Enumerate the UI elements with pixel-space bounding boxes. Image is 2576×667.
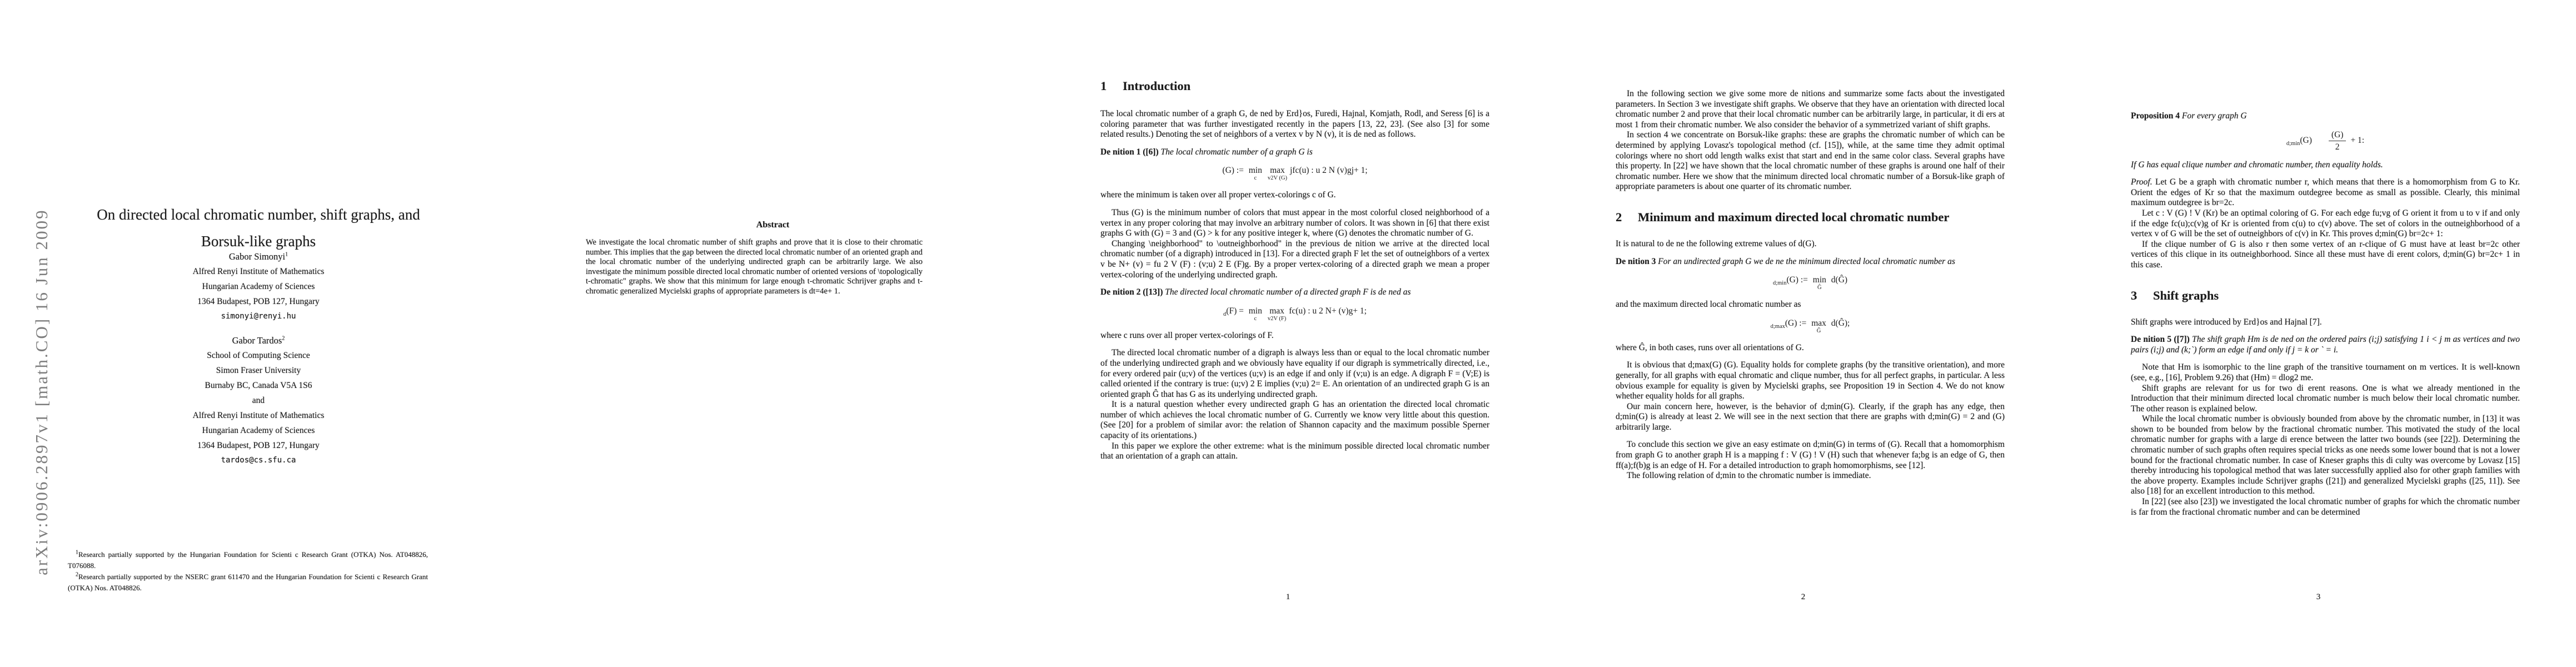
proof-label: Proof. [2131, 177, 2153, 187]
definition-1: De nition 1 ([6]) The local chromatic nu… [1100, 147, 1489, 158]
op-subscript: c [1254, 316, 1257, 322]
abstract-heading: Abstract [515, 220, 1030, 230]
author-2: Gabor Tardos2 School of Computing Scienc… [61, 333, 456, 468]
formula-local-chromatic: (G) := mincmaxv2V (G)jfc(u) : u 2 N (v)g… [1100, 166, 1489, 182]
paragraph: Changing \neighborhood" to \outneighborh… [1100, 239, 1489, 280]
max-operator: maxv2V (G) [1268, 166, 1287, 182]
definition-1-label: De nition 1 ([6]) [1100, 147, 1159, 157]
paper-title: On directed local chromatic number, shif… [61, 201, 456, 255]
section-2-heading: 2Minimum and maximum directed local chro… [1616, 209, 2005, 226]
definition-2-label: De nition 2 ([13]) [1100, 287, 1163, 297]
paragraph: Shift graphs were introduced by Erd}os a… [2131, 317, 2520, 328]
op: min [1813, 275, 1826, 285]
formula-lhs: (G) [2300, 136, 2312, 145]
fraction-denominator: 2 [2329, 141, 2346, 152]
footnote-1: 1Research partially supported by the Hun… [68, 549, 428, 571]
title-footnotes: 1Research partially supported by the Hun… [68, 549, 428, 594]
section-2-title: Minimum and maximum directed local chrom… [1638, 210, 1949, 224]
formula-lhs: (G) := [1786, 275, 1810, 285]
proposition-4: Proposition 4 For every graph G [2131, 111, 2520, 122]
op-subscript: Ĝ [1817, 285, 1822, 291]
op: max [1811, 318, 1826, 328]
paragraph: In [22] (see also [23]) we investigated … [2131, 497, 2520, 517]
max-operator: maxv2V (F) [1268, 306, 1286, 322]
op-subscript: v2V (F) [1268, 316, 1286, 322]
definition-2: De nition 2 ([13]) The directed local ch… [1100, 287, 1489, 298]
author-2-email: tardos@cs.sfu.ca [61, 453, 456, 468]
page-abstract: Abstract We investigate the local chroma… [515, 0, 1030, 667]
author-1-affiliation-line: Hungarian Academy of Sciences [61, 279, 456, 294]
definition-3-text: For an undirected graph G we de ne the m… [1658, 257, 1955, 266]
op: max [1270, 166, 1285, 175]
max-operator: maxĜ [1811, 318, 1826, 335]
formula-lhs-subscript: d;max [1771, 323, 1785, 330]
author-2-affiliation-line: Simon Fraser University [61, 363, 456, 378]
formula-lhs: (G) := [1222, 166, 1245, 175]
paragraph: It is a natural question whether every u… [1100, 400, 1489, 441]
page-number: 1 [1030, 593, 1546, 602]
section-3-number: 3 [2131, 287, 2153, 304]
page-2: In the following section we give some mo… [1546, 0, 2061, 667]
definition-1-text: The local chromatic number of a graph G … [1161, 147, 1313, 157]
min-operator: minc [1249, 306, 1262, 322]
formula-lhs-subscript: d;min [1773, 280, 1787, 286]
op-subscript: Ĝ [1817, 328, 1821, 335]
section-1-heading: 1Introduction [1100, 78, 1489, 94]
min-operator: minĜ [1813, 275, 1826, 291]
paragraph: In the following section we give some mo… [1616, 89, 2005, 130]
paragraph: Note that Hm is isomorphic to the line g… [2131, 362, 2520, 383]
page-1-body: 1Introduction The local chromatic number… [1100, 78, 1489, 462]
page-number: 3 [2061, 593, 2576, 602]
formula-min-directed: d;min(G) := minĜ d(Ĝ) [1616, 275, 2005, 291]
author-2-affiliation-line: and [61, 393, 456, 408]
footnote-2: 2Research partially supported by the NSE… [68, 571, 428, 594]
author-2-affiliation-line: Hungarian Academy of Sciences [61, 423, 456, 438]
proposition-4-text: For every graph G [2182, 111, 2247, 121]
author-1-name: Gabor Simonyi1 [61, 249, 456, 264]
paragraph: Our main concern here, however, is the b… [1616, 402, 2005, 433]
formula-body: d(Ĝ); [1829, 318, 1850, 328]
proof-text: Let G be a graph with chromatic number r… [2131, 177, 2520, 207]
definition-3-label: De nition 3 [1616, 257, 1656, 266]
paragraph: where Ĝ, in both cases, runs over all or… [1616, 343, 2005, 354]
formula-tail: + 1: [2350, 136, 2364, 145]
author-2-name: Gabor Tardos2 [61, 333, 456, 348]
arxiv-watermark: arXiv:0906.2897v1 [math.CO] 16 Jun 2009 [32, 209, 52, 575]
formula-body: jfc(u) : u 2 N (v)gj+ 1; [1290, 166, 1368, 175]
definition-2-text: The directed local chromatic number of a… [1165, 287, 1411, 297]
formula-body: d(Ĝ) [1829, 275, 1847, 285]
fraction-numerator: (G) [2329, 130, 2346, 141]
op: max [1269, 306, 1284, 316]
author-2-affiliation-line: School of Computing Science [61, 348, 456, 363]
paragraph: It is natural to de ne the following ext… [1616, 239, 2005, 250]
author-2-name-text: Gabor Tardos [232, 335, 282, 346]
paragraph: where the minimum is taken over all prop… [1100, 190, 1489, 201]
paragraph: and the maximum directed local chromatic… [1616, 300, 2005, 310]
min-operator: minc [1249, 166, 1262, 182]
proposition-4-remark: If G has equal clique number and chromat… [2131, 160, 2520, 171]
paragraph: Thus (G) is the minimum number of colors… [1100, 208, 1489, 239]
abstract-text: We investigate the local chromatic numbe… [586, 238, 923, 297]
paragraph: In section 4 we concentrate on Borsuk-li… [1616, 130, 2005, 192]
formula-lhs: (G) := [1785, 318, 1808, 328]
author-1: Gabor Simonyi1 Alfred Renyi Institute of… [61, 249, 456, 324]
author-1-email: simonyi@renyi.hu [61, 309, 456, 324]
paragraph: The local chromatic number of a graph G,… [1100, 109, 1489, 140]
paper-screenshot: arXiv:0906.2897v1 [math.CO] 16 Jun 2009 … [0, 0, 2576, 667]
formula-proposition-4: d;min(G)(G)2+ 1: [2131, 130, 2520, 152]
paragraph: Let c : V (G) ! V (Kr) be an optimal col… [2131, 208, 2520, 240]
page-3-body: Proposition 4 For every graph G d;min(G)… [2131, 111, 2520, 517]
definition-3: De nition 3 For an undirected graph G we… [1616, 257, 2005, 267]
formula-lhs: (F) = [1226, 306, 1245, 316]
section-1-title: Introduction [1123, 79, 1190, 93]
author-2-affiliation-line: Alfred Renyi Institute of Mathematics [61, 408, 456, 423]
page-title: arXiv:0906.2897v1 [math.CO] 16 Jun 2009 … [0, 0, 515, 667]
paragraph: where c runs over all proper vertex-colo… [1100, 331, 1489, 341]
paragraph: Shift graphs are relevant for us for two… [2131, 384, 2520, 415]
section-3-heading: 3Shift graphs [2131, 287, 2520, 304]
definition-5-label: De nition 5 ([7]) [2131, 335, 2190, 344]
author-2-affiliation-line: Burnaby BC, Canada V5A 1S6 [61, 378, 456, 393]
paragraph: The directed local chromatic number of a… [1100, 348, 1489, 400]
author-1-affiliation-line: 1364 Budapest, POB 127, Hungary [61, 294, 456, 309]
fraction: (G)2 [2329, 130, 2346, 152]
paragraph: The following relation of d;min to the c… [1616, 471, 2005, 481]
section-3-title: Shift graphs [2153, 288, 2219, 302]
section-1-number: 1 [1100, 78, 1123, 94]
author-1-footnote-marker: 1 [285, 252, 288, 258]
footnote-2-text: Research partially supported by the NSER… [68, 573, 428, 592]
op: min [1249, 166, 1262, 175]
op: min [1249, 306, 1262, 316]
page-1: 1Introduction The local chromatic number… [1030, 0, 1546, 667]
definition-5: De nition 5 ([7]) The shift graph Hm is … [2131, 335, 2520, 355]
footnote-1-text: Research partially supported by the Hung… [68, 550, 428, 570]
page-number: 2 [1546, 593, 2061, 602]
author-1-name-text: Gabor Simonyi [229, 251, 285, 262]
section-2-number: 2 [1616, 209, 1638, 226]
paragraph: While the local chromatic number is obvi… [2131, 414, 2520, 497]
author-2-affiliation-line: 1364 Budapest, POB 127, Hungary [61, 438, 456, 453]
formula-directed-local-chromatic: d(F) = mincmaxv2V (F)fc(u) : u 2 N+ (v)g… [1100, 306, 1489, 322]
formula-lhs-subscript: d;min [2286, 141, 2300, 147]
paragraph: To conclude this section we give an easy… [1616, 440, 2005, 471]
paragraph: If the clique number of G is also r then… [2131, 240, 2520, 271]
op-subscript: v2V (G) [1268, 175, 1287, 182]
page-3: Proposition 4 For every graph G d;min(G)… [2061, 0, 2576, 667]
author-section: Gabor Simonyi1 Alfred Renyi Institute of… [61, 249, 456, 477]
page-2-body: In the following section we give some mo… [1616, 89, 2005, 481]
paper-title-line1: On directed local chromatic number, shif… [61, 201, 456, 228]
proof-paragraph: Proof. Let G be a graph with chromatic n… [2131, 177, 2520, 208]
op-subscript: c [1254, 175, 1257, 182]
proposition-4-label: Proposition 4 [2131, 111, 2180, 121]
formula-max-directed: d;max(G) := maxĜ d(Ĝ); [1616, 318, 2005, 335]
formula-body: fc(u) : u 2 N+ (v)g+ 1; [1289, 306, 1367, 316]
author-2-footnote-marker: 2 [282, 336, 285, 342]
paragraph: In this paper we explore the other extre… [1100, 441, 1489, 462]
paragraph: It is obvious that d;max(G) (G). Equalit… [1616, 360, 2005, 401]
author-1-affiliation-line: Alfred Renyi Institute of Mathematics [61, 264, 456, 279]
